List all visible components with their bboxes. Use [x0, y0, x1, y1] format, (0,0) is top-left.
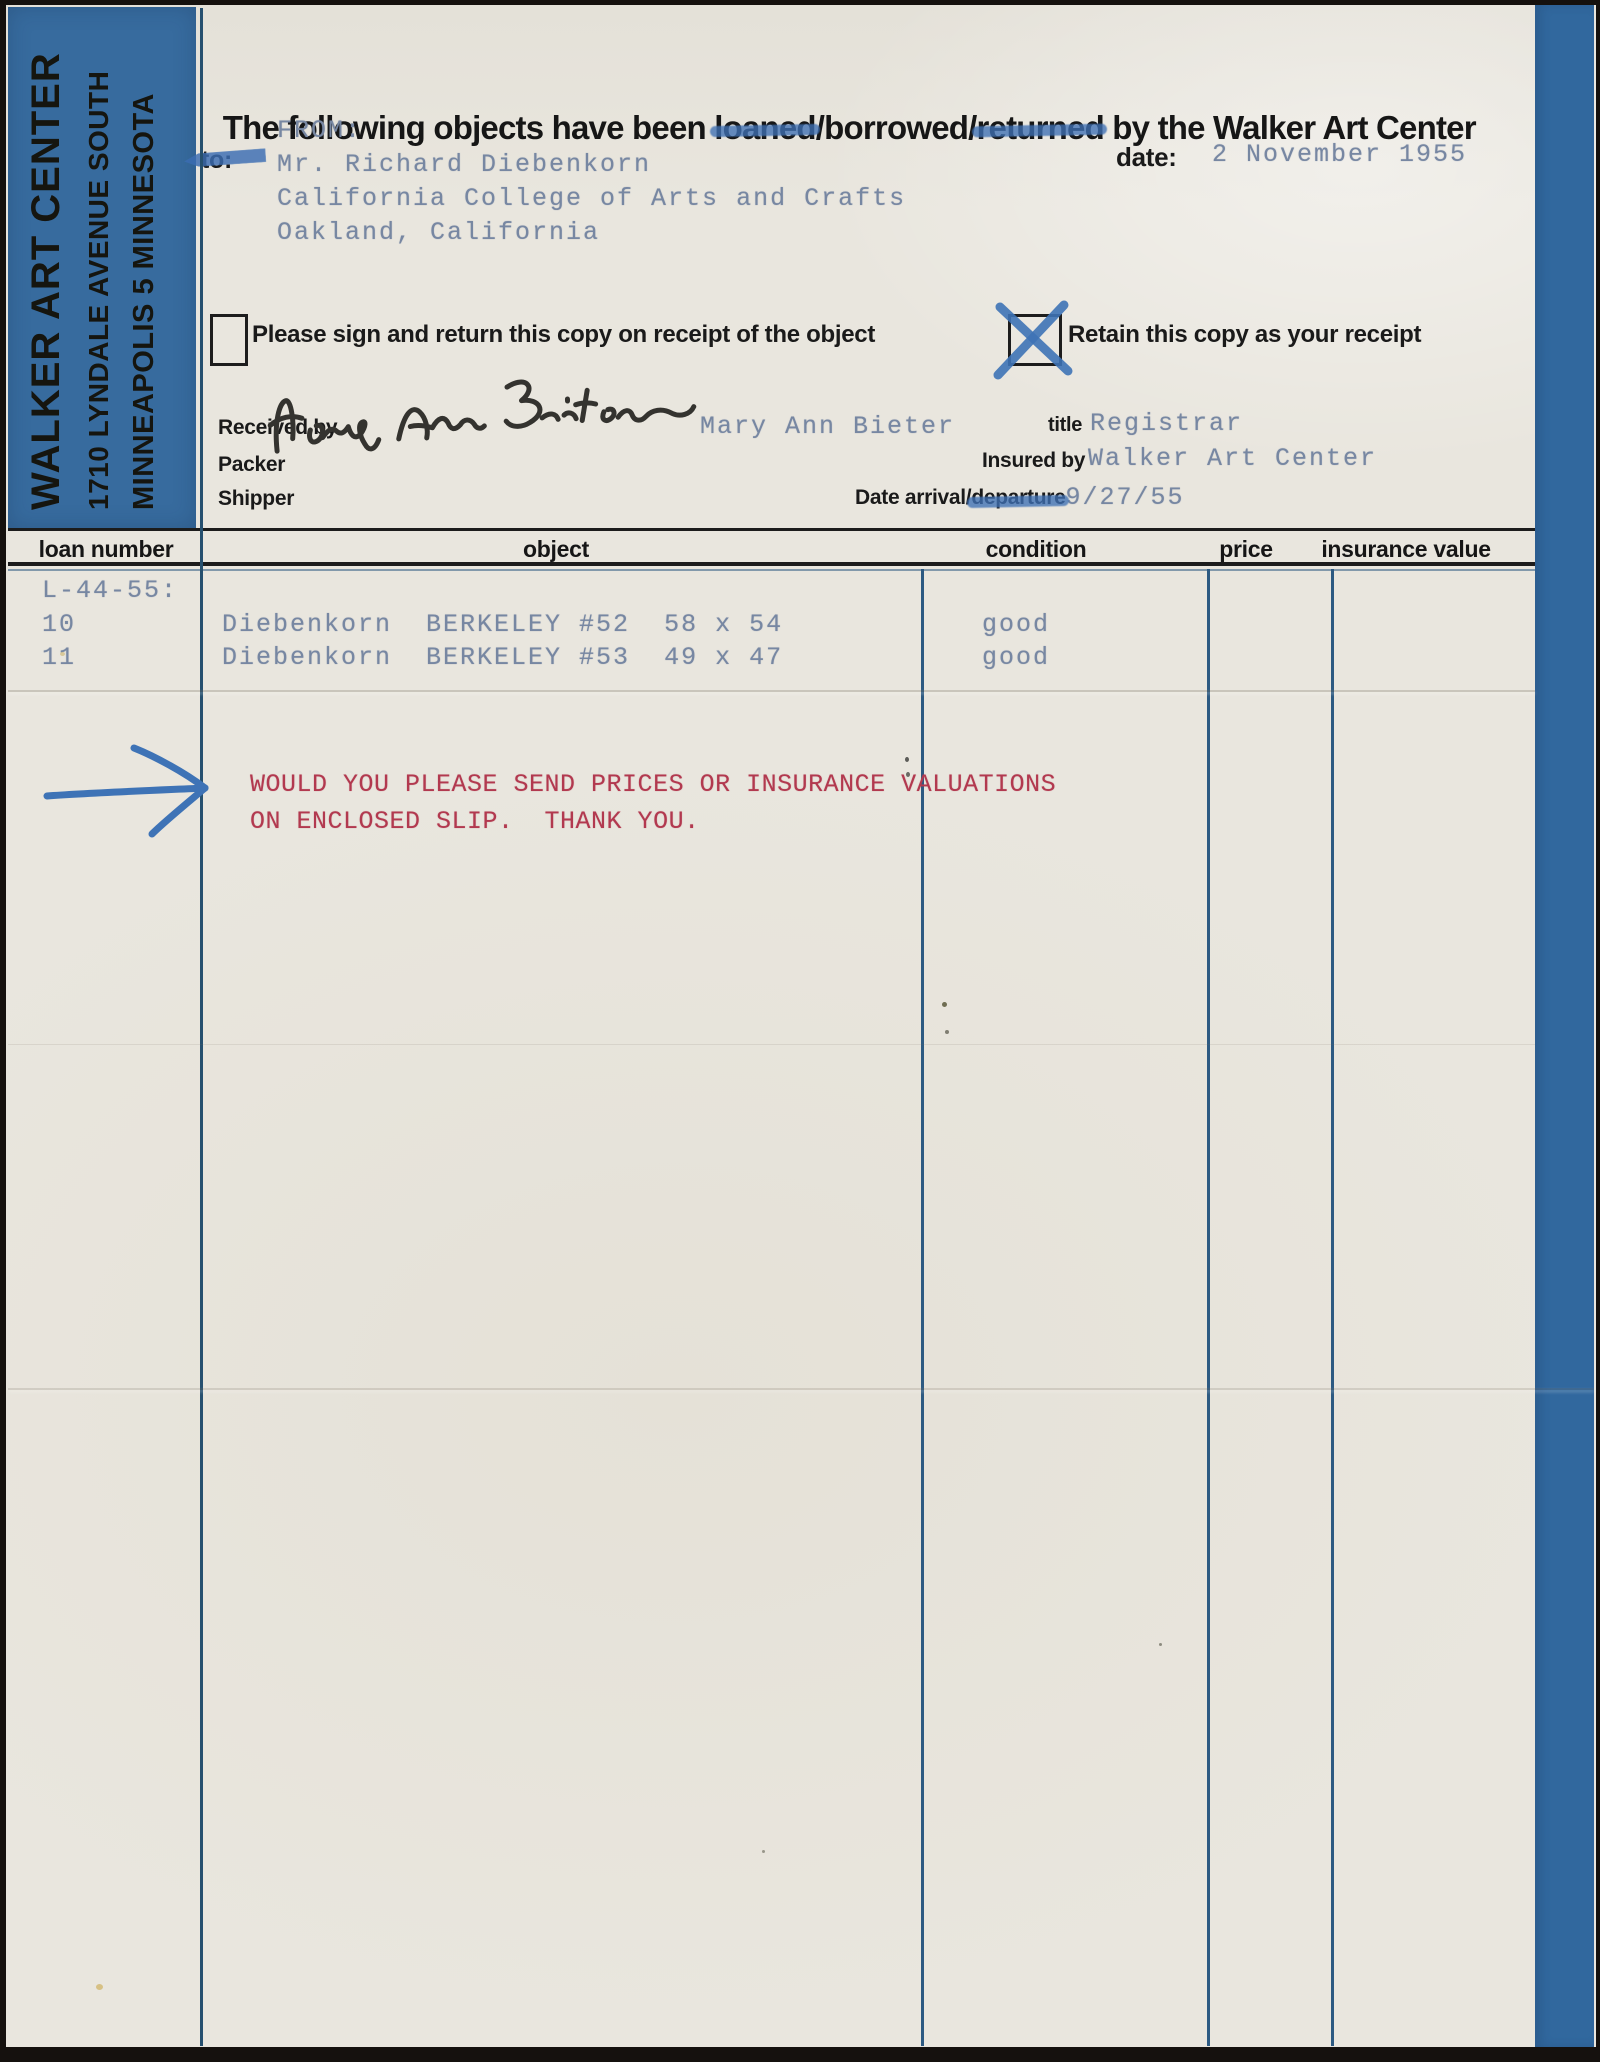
col-header-insurance-value: insurance value — [1321, 536, 1490, 563]
table-header-bottom-rule — [8, 562, 1535, 566]
pen-x-mark — [988, 297, 1076, 381]
table-header-blue-rule — [8, 569, 1535, 571]
scanned-loan-receipt-form: { "colors": { "band_blue": "#376b9e", "s… — [0, 0, 1600, 2062]
word-loaned-struck: loaned — [714, 109, 816, 146]
fold-crease — [8, 1388, 1594, 1390]
word-returned-struck: returned — [976, 109, 1103, 146]
fold-crease — [8, 690, 1535, 692]
date-arrival-departure-row: Date arrival/departure9/27/55 — [855, 483, 1185, 512]
sender-name: Mr. Richard Diebenkorn — [277, 150, 651, 179]
title-label: title — [1048, 414, 1082, 437]
form-title: The following objects have been loaned/b… — [206, 71, 1476, 147]
paper-speck — [905, 757, 909, 762]
red-note-line1: WOULD YOU PLEASE SEND PRICES OR INSURANC… — [250, 766, 1056, 803]
row-object: Diebenkorn BERKELEY #52 58 x 54 — [222, 610, 783, 639]
pen-arrow-icon — [42, 736, 217, 846]
row-object: Diebenkorn BERKELEY #53 49 x 47 — [222, 643, 783, 672]
arrival-departure-value: 9/27/55 — [1066, 483, 1185, 512]
insured-by-value: Walker Art Center — [1088, 444, 1377, 473]
packer-label: Packer — [218, 453, 285, 477]
from-label: FROM: — [277, 116, 362, 145]
sign-return-checkbox — [210, 314, 248, 366]
insured-by-label: Insured by — [982, 449, 1085, 473]
date-arrival-label: Date arrival/ — [855, 486, 971, 509]
sender-city: Oakland, California — [277, 218, 600, 247]
sender-org: California College of Arts and Crafts — [277, 184, 906, 213]
title-value: Registrar — [1090, 409, 1243, 438]
org-address-vertical: 1710 LYNDALE AVENUE SOUTH — [83, 21, 119, 510]
word-borrowed: borrowed — [824, 109, 968, 146]
col-header-price: price — [1219, 536, 1272, 563]
loan-group-number: L-44-55: — [42, 576, 178, 605]
row-condition: good — [982, 610, 1050, 639]
col-header-condition: condition — [986, 536, 1087, 563]
divider-price-insurance — [1331, 569, 1334, 2046]
date-value: 2 November 1955 — [1212, 140, 1467, 169]
col-header-loan-number: loan number — [39, 536, 174, 563]
red-typed-note: WOULD YOU PLEASE SEND PRICES OR INSURANC… — [250, 766, 1056, 840]
table-header-top-rule — [8, 528, 1535, 531]
divider-loan-object — [200, 8, 203, 2046]
row-loan-number: 10 — [42, 610, 76, 639]
retain-copy-label: Retain this copy as your receipt — [1068, 321, 1421, 349]
departure-label-struck: departure — [971, 486, 1065, 509]
paper-speck — [906, 772, 910, 777]
fold-crease — [8, 1044, 1535, 1045]
row-loan-number: 11 — [42, 643, 76, 672]
sign-return-label: Please sign and return this copy on rece… — [252, 321, 875, 349]
divider-condition-price — [1207, 569, 1210, 2046]
red-note-line2: ON ENCLOSED SLIP. THANK YOU. — [250, 803, 1056, 840]
right-blue-stripe — [1535, 5, 1594, 2047]
date-label: date: — [1116, 142, 1177, 173]
letterhead-text-group: WALKER ART CENTER 1710 LYNDALE AVENUE SO… — [8, 7, 196, 528]
letterhead-blue-band: WALKER ART CENTER 1710 LYNDALE AVENUE SO… — [8, 7, 196, 528]
paper-speck — [942, 1002, 947, 1007]
paper-speck — [945, 1030, 949, 1034]
shipper-label: Shipper — [218, 487, 294, 511]
paper-stain — [60, 652, 65, 656]
row-condition: good — [982, 643, 1050, 672]
received-by-typed-name: Mary Ann Bieter — [700, 412, 955, 441]
handwritten-signature — [261, 362, 704, 469]
paper-speck — [762, 1850, 765, 1853]
org-name-vertical: WALKER ART CENTER — [24, 21, 74, 510]
org-city-vertical: MINNEAPOLIS 5 MINNESOTA — [128, 21, 164, 510]
paper-stain — [96, 1984, 103, 1990]
paper-sheet — [6, 5, 1596, 2047]
paper-speck — [1159, 1643, 1162, 1646]
col-header-object: object — [523, 536, 589, 563]
